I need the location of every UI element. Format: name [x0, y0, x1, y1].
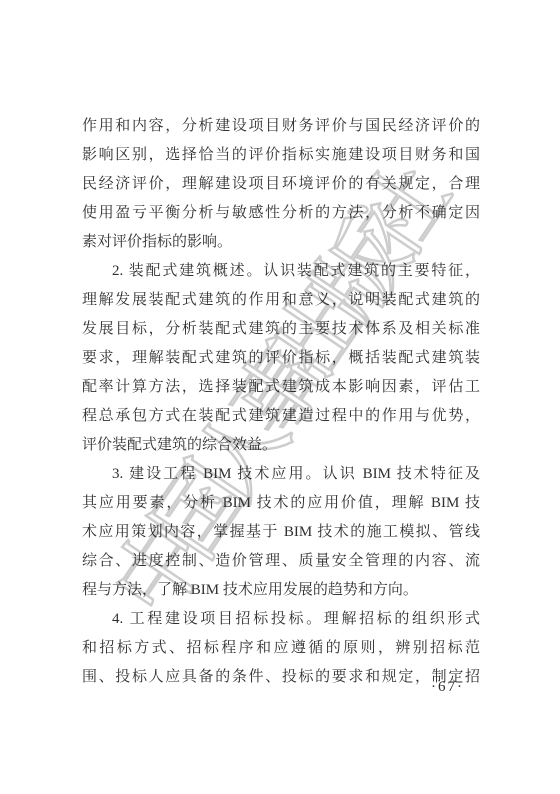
text-line: 和招标方式、招标程序和应遵循的原则，辨别招标范 [82, 634, 480, 663]
text-line: 素对评价指标的影响。 [82, 228, 480, 257]
text-line: 4. 工程建设项目招标投标。理解招标的组织形式 [82, 605, 480, 634]
text-line: 围、投标人应具备的条件、投标的要求和规定，制定招 [82, 663, 480, 692]
text-line: 程与方法，了解 BIM 技术应用发展的趋势和方向。 [82, 576, 480, 605]
document-page: 中国人事出版社 作用和内容，分析建设项目财务评价与国民经济评价的 影响区别，选择… [0, 0, 560, 794]
paragraph-item-3: 3. 建设工程 BIM 技术应用。认识 BIM 技术特征及 其应用要素，分析 B… [82, 460, 480, 605]
text-line: 评价装配式建筑的综合效益。 [82, 431, 480, 460]
text-line: 民经济评价，理解建设项目环境评价的有关规定，合理 [82, 170, 480, 199]
page-number: ·67· [431, 677, 464, 697]
text-line: 3. 建设工程 BIM 技术应用。认识 BIM 技术特征及 [82, 460, 480, 489]
text-line: 其应用要素，分析 BIM 技术的应用价值，理解 BIM 技 [82, 489, 480, 518]
text-line: 理解发展装配式建筑的作用和意义，说明装配式建筑的 [82, 286, 480, 315]
paragraph-item-2: 2. 装配式建筑概述。认识装配式建筑的主要特征， 理解发展装配式建筑的作用和意义… [82, 257, 480, 460]
text-line: 影响区别，选择恰当的评价指标实施建设项目财务和国 [82, 141, 480, 170]
text-line: 2. 装配式建筑概述。认识装配式建筑的主要特征， [82, 257, 480, 286]
text-line: 术应用策划内容，掌握基于 BIM 技术的施工模拟、管线 [82, 518, 480, 547]
paragraph-continuation: 作用和内容，分析建设项目财务评价与国民经济评价的 影响区别，选择恰当的评价指标实… [82, 112, 480, 257]
text-line: 使用盈亏平衡分析与敏感性分析的方法，分析不确定因 [82, 199, 480, 228]
text-line: 要求，理解装配式建筑的评价指标，概括装配式建筑装 [82, 344, 480, 373]
text-line: 配率计算方法，选择装配式建筑成本影响因素，评估工 [82, 373, 480, 402]
text-line: 作用和内容，分析建设项目财务评价与国民经济评价的 [82, 112, 480, 141]
text-line: 程总承包方式在装配式建筑建造过程中的作用与优势， [82, 402, 480, 431]
text-line: 发展目标，分析装配式建筑的主要技术体系及相关标准 [82, 315, 480, 344]
text-line: 综合、进度控制、造价管理、质量安全管理的内容、流 [82, 547, 480, 576]
paragraph-item-4: 4. 工程建设项目招标投标。理解招标的组织形式 和招标方式、招标程序和应遵循的原… [82, 605, 480, 692]
text-block: 作用和内容，分析建设项目财务评价与国民经济评价的 影响区别，选择恰当的评价指标实… [82, 112, 480, 692]
